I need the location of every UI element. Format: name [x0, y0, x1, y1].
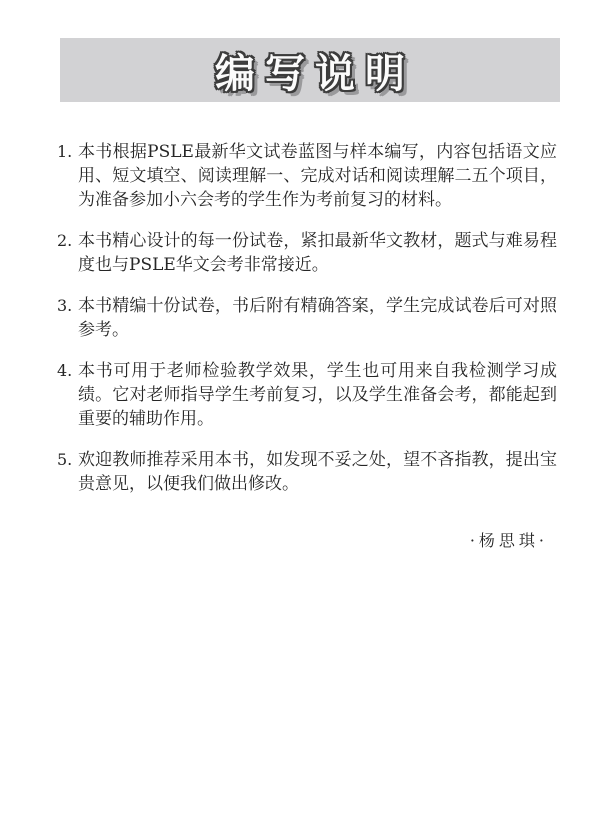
notes-list: 1. 本书根据PSLE最新华文试卷蓝图与样本编写，内容包括语文应用、短文填空、阅… — [57, 140, 557, 513]
list-item: 3. 本书精编十份试卷，书后附有精确答案，学生完成试卷后可对照参考。 — [57, 294, 557, 342]
item-text: 本书可用于老师检验教学效果，学生也可用来自我检测学习成绩。它对老师指导学生考前复… — [78, 359, 557, 431]
author-signature: ·杨思琪· — [470, 531, 548, 551]
list-item: 1. 本书根据PSLE最新华文试卷蓝图与样本编写，内容包括语文应用、短文填空、阅… — [57, 140, 557, 212]
item-text: 本书精编十份试卷，书后附有精确答案，学生完成试卷后可对照参考。 — [78, 294, 557, 342]
document-page: 编写说明 1. 本书根据PSLE最新华文试卷蓝图与样本编写，内容包括语文应用、短… — [0, 0, 600, 819]
item-number: 3. — [57, 294, 78, 342]
item-text: 欢迎教师推荐采用本书，如发现不妥之处，望不吝指教，提出宝贵意见，以便我们做出修改… — [78, 448, 557, 496]
item-number: 4. — [57, 359, 78, 431]
item-text: 本书精心设计的每一份试卷，紧扣最新华文教材，题式与难易程度也与PSLE华文会考非… — [78, 229, 557, 277]
list-item: 4. 本书可用于老师检验教学效果，学生也可用来自我检测学习成绩。它对老师指导学生… — [57, 359, 557, 431]
item-number: 1. — [57, 140, 78, 212]
item-number: 5. — [57, 448, 78, 496]
list-item: 5. 欢迎教师推荐采用本书，如发现不妥之处，望不吝指教，提出宝贵意见，以便我们做… — [57, 448, 557, 496]
list-item: 2. 本书精心设计的每一份试卷，紧扣最新华文教材，题式与难易程度也与PSLE华文… — [57, 229, 557, 277]
page-title: 编写说明 — [205, 42, 415, 99]
item-text: 本书根据PSLE最新华文试卷蓝图与样本编写，内容包括语文应用、短文填空、阅读理解… — [78, 140, 557, 212]
title-banner: 编写说明 — [60, 38, 560, 102]
item-number: 2. — [57, 229, 78, 277]
